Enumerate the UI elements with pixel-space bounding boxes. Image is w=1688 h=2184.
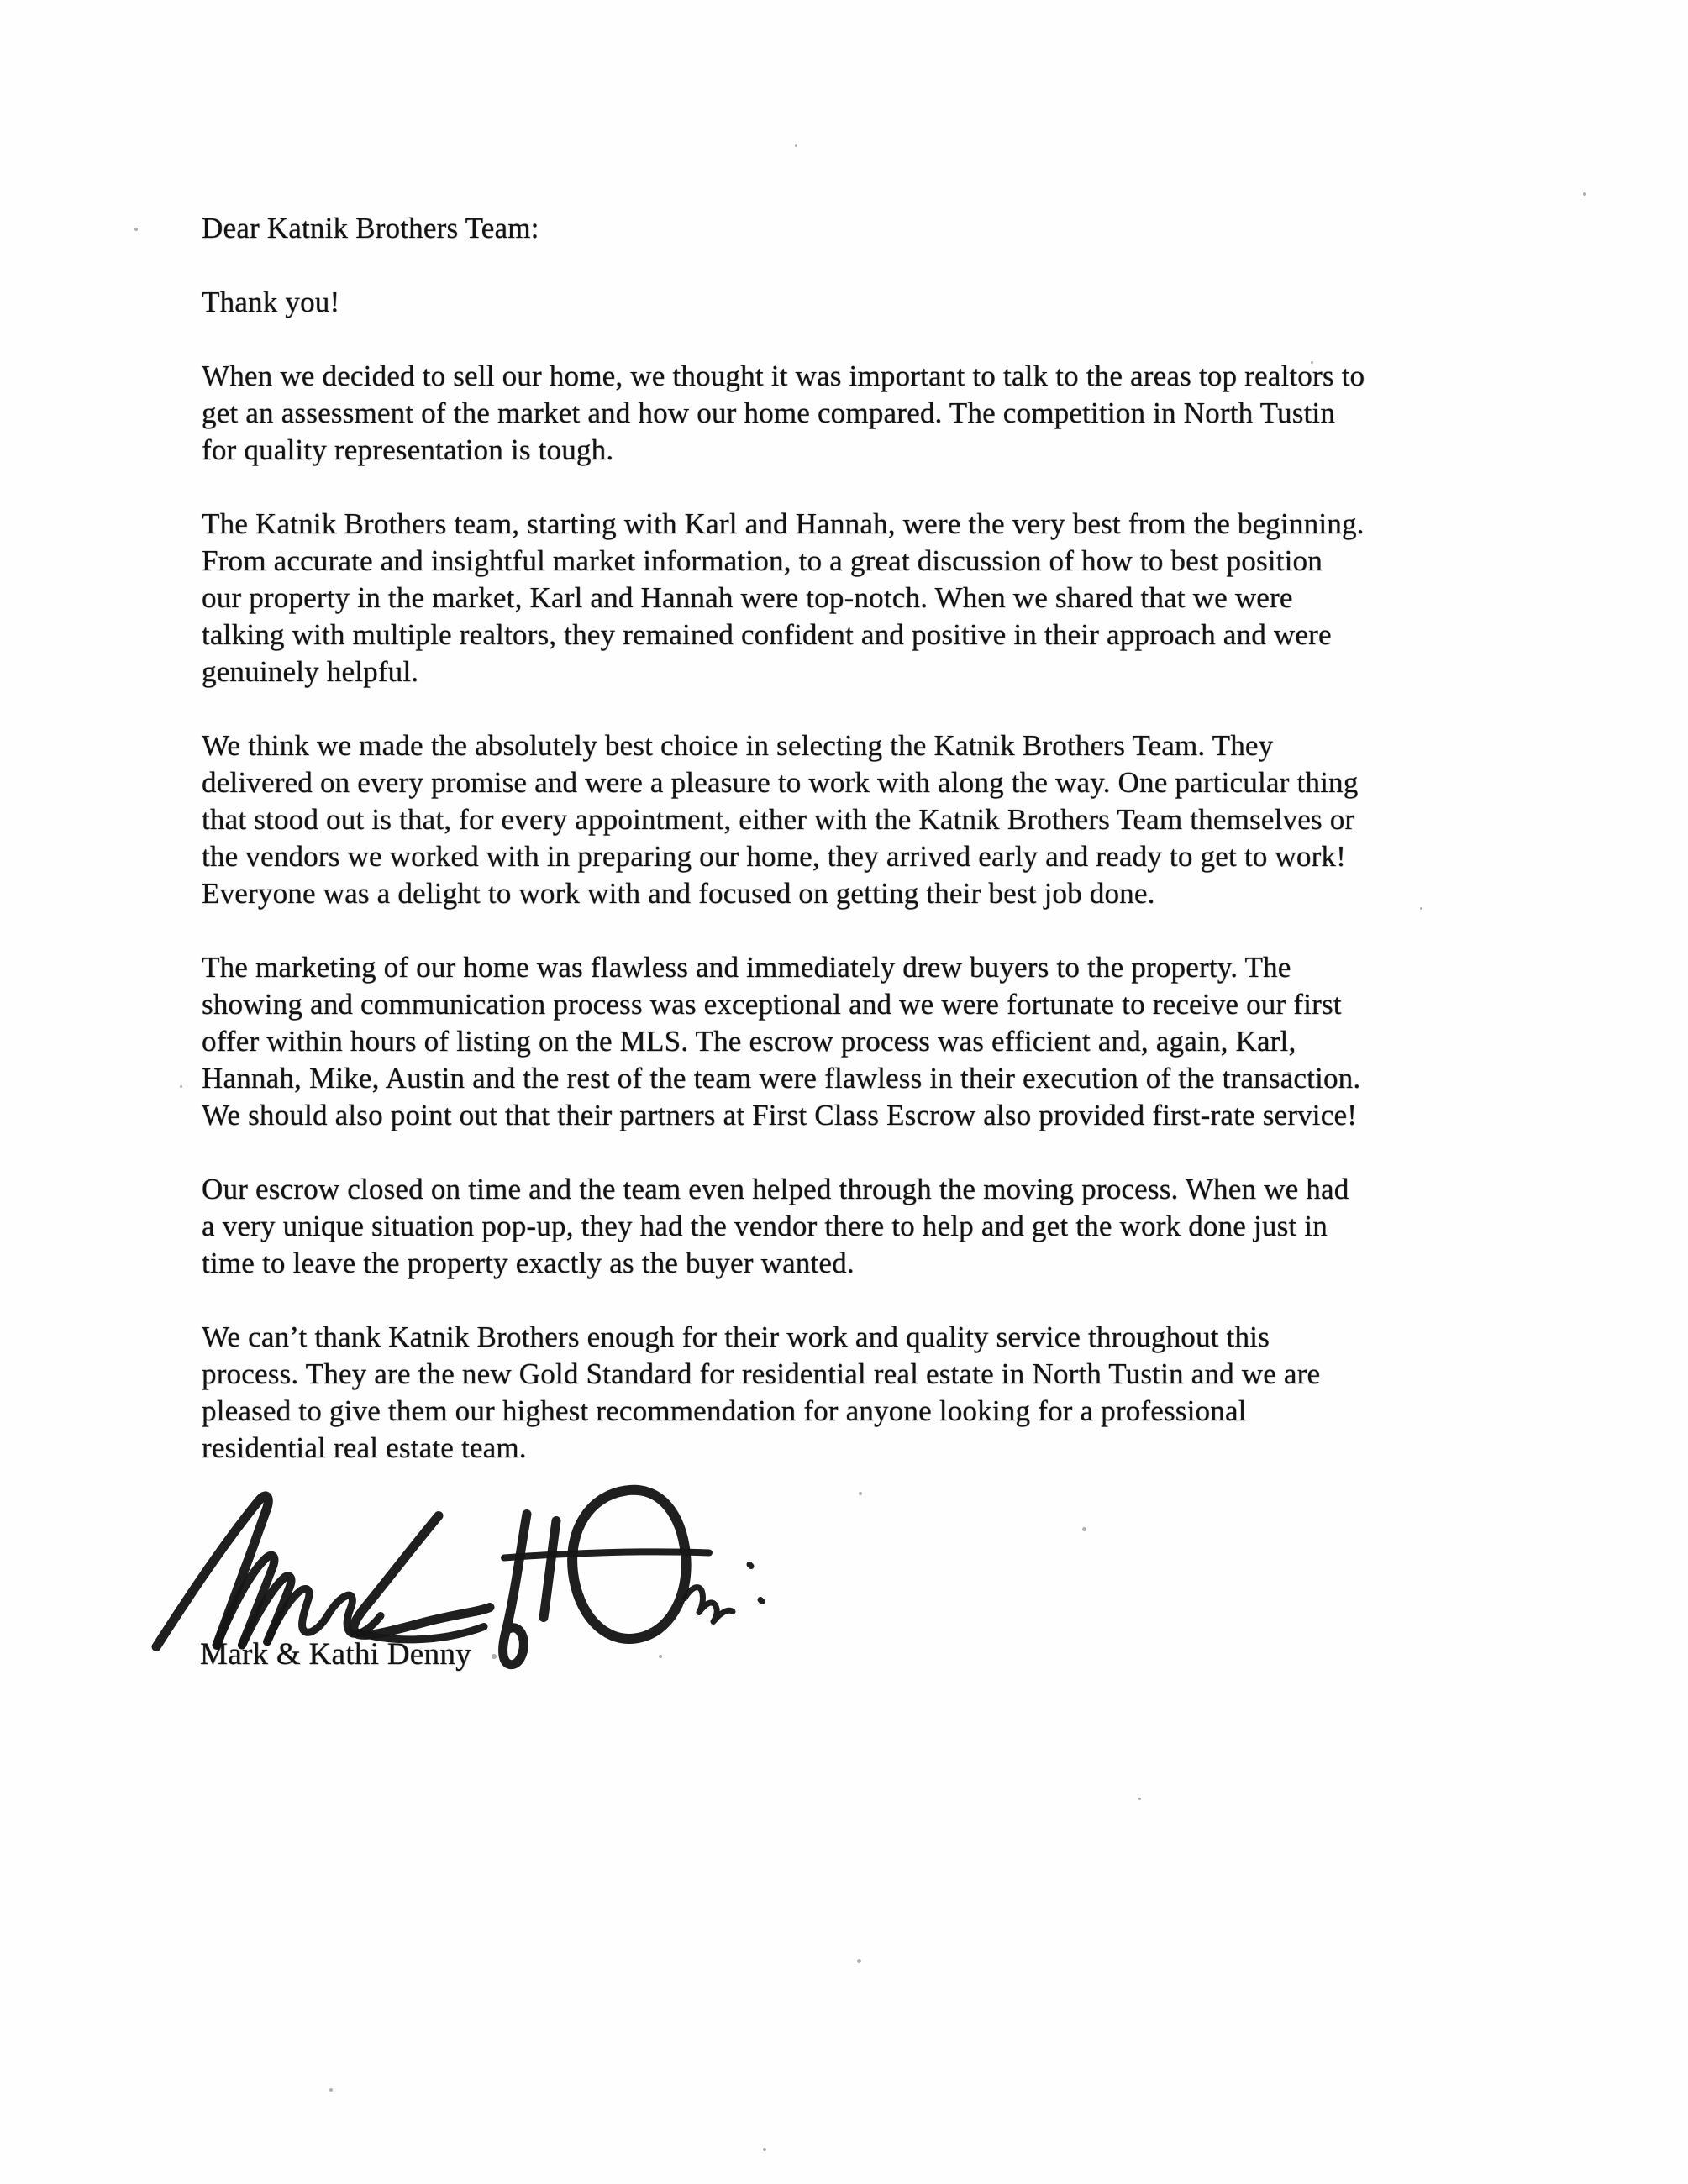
scan-speckle <box>795 144 797 147</box>
paragraph-4: The marketing of our home was flawless a… <box>202 949 1563 1134</box>
opening-line: Thank you! <box>202 284 1563 321</box>
paragraph-6: We can’t thank Katnik Brothers enough fo… <box>202 1319 1563 1467</box>
scan-speckle <box>1311 361 1313 364</box>
signature-kathi-scrawl <box>503 1490 762 1665</box>
paragraph-1: When we decided to sell our home, we tho… <box>202 358 1563 469</box>
scan-speckle <box>329 2088 333 2092</box>
scan-speckle <box>1420 907 1422 910</box>
scan-speckle <box>857 1959 861 1963</box>
letter-body: Dear Katnik Brothers Team: Thank you! Wh… <box>202 210 1563 1504</box>
scan-speckle <box>1082 1527 1086 1531</box>
scan-speckle <box>1138 1798 1141 1800</box>
scan-speckle <box>1583 192 1586 196</box>
scan-speckle <box>659 1655 662 1658</box>
scan-speckle <box>134 228 138 231</box>
scan-speckle <box>180 1085 182 1088</box>
paragraph-3: We think we made the absolutely best cho… <box>202 727 1563 912</box>
signature-mark-scrawl <box>156 1496 490 1647</box>
paragraph-5: Our escrow closed on time and the team e… <box>202 1171 1563 1282</box>
letter-page: Dear Katnik Brothers Team: Thank you! Wh… <box>0 0 1688 2184</box>
scan-speckle <box>1287 1072 1291 1075</box>
scan-speckle <box>763 2148 766 2151</box>
signature-printed-name: Mark & Kathi Denny <box>200 1636 471 1673</box>
paragraph-2: The Katnik Brothers team, starting with … <box>202 506 1563 690</box>
salutation: Dear Katnik Brothers Team: <box>202 210 1563 247</box>
scan-speckle <box>492 1654 497 1659</box>
scan-speckle <box>859 1492 862 1495</box>
